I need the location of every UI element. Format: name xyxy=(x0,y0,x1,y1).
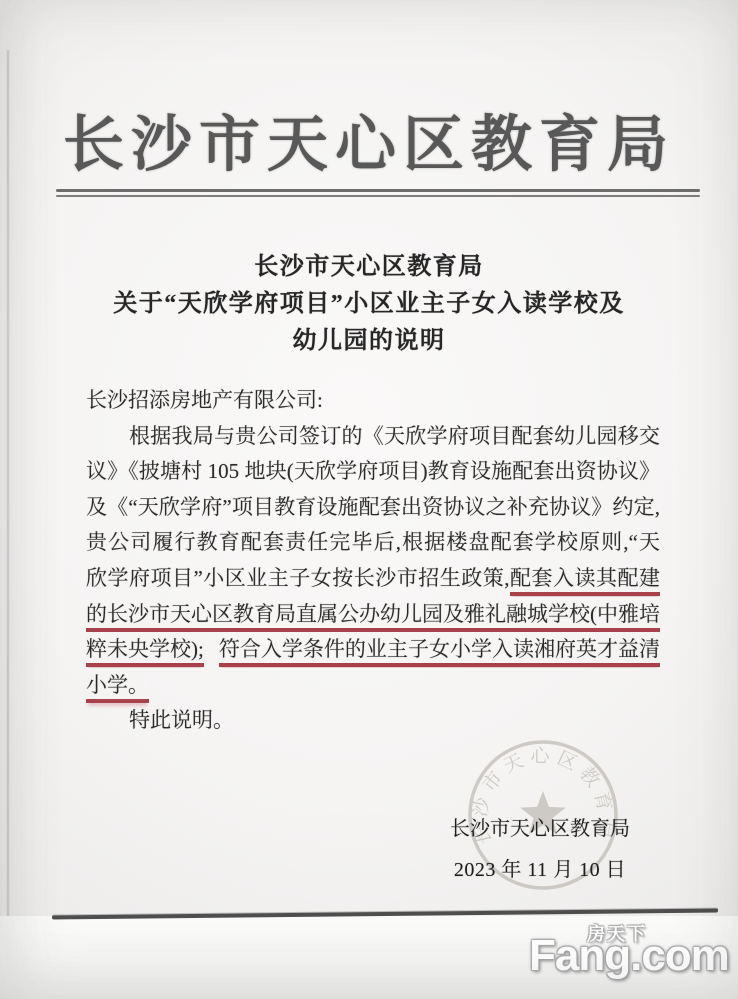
body-lines: 长沙招添房地产有限公司:根据我局与贵公司签订的《天欣学府项目配套幼儿园移交协议》… xyxy=(86,383,660,739)
body-line: 的长沙市天心区教育局直属公办幼儿园及雅礼融城学校(中雅培 xyxy=(86,597,660,633)
document-photo: 长沙市天心区教育局 长沙市天心区教育局 关于“天欣学府项目”小区业主子女入读学校… xyxy=(0,0,738,999)
underlined-text: 配套入读其配建 xyxy=(510,566,660,596)
letterhead-double-rule xyxy=(56,189,700,197)
underlined-text: 粹未央学校); xyxy=(86,637,204,667)
text-segment: 根据我局与贵公司签订的《天欣学府项目配套幼儿园移交协 xyxy=(129,424,660,455)
body-line: 欣学府项目”小区业主子女按长沙市招生政策,配套入读其配建 xyxy=(86,561,660,597)
signature-date: 2023 年 11 月 10 日 xyxy=(420,853,660,887)
body-line: 长沙招添房地产有限公司: xyxy=(86,383,660,419)
title-line-3: 幼儿园的说明 xyxy=(0,323,738,360)
underlined-text: 的长沙市天心区教育局直属公办幼儿园及雅礼融城学校(中雅培 xyxy=(86,602,660,632)
body-line: 特此说明。 xyxy=(86,703,660,739)
underlined-text: 小学。 xyxy=(86,673,149,703)
body-line: 贵公司履行教育配套责任完毕后,根据楼盘配套学校原则,“天 xyxy=(86,525,660,561)
text-segment: 长沙招添房地产有限公司: xyxy=(86,388,323,412)
underlined-text: 符合入学条件的业主子女小学入读湘府英才益清 xyxy=(219,637,660,667)
signature-block: 长沙市天心区教育局 2023 年 11 月 10 日 xyxy=(420,812,660,887)
text-segment: 特此说明。 xyxy=(129,708,234,732)
title-line-1: 长沙市天心区教育局 xyxy=(0,249,738,286)
body-line: 粹未央学校); 符合入学条件的业主子女小学入读湘府英才益清 xyxy=(86,632,660,668)
body-line: 议》《披塘村 105 地块(天欣学府项目)教育设施配套出资协议》 xyxy=(86,454,660,490)
body-line: 小学。 xyxy=(86,668,660,704)
fang-watermark-logo: 房天下 Fang.com xyxy=(529,923,735,997)
rule-bottom xyxy=(56,195,700,197)
body-line: 及《“天欣学府”项目教育设施配套出资协议之补充协议》约定, xyxy=(86,490,660,526)
document-title: 长沙市天心区教育局 关于“天欣学府项目”小区业主子女入读学校及 幼儿园的说明 xyxy=(0,249,738,360)
letterhead-agency-name: 长沙市天心区教育局 xyxy=(0,96,738,183)
watermark-logo-text: Fang.com xyxy=(529,931,729,981)
title-line-2: 关于“天欣学府项目”小区业主子女入读学校及 xyxy=(0,286,738,323)
rule-top xyxy=(56,189,700,192)
text-segment: 及《“天欣学府”项目教育设施配套出资协议之补充协议》约定, xyxy=(86,495,660,519)
body-line: 根据我局与贵公司签订的《天欣学府项目配套幼儿园移交协 xyxy=(86,419,660,455)
text-segment: 欣学府项目”小区业主子女按长沙市招生政策, xyxy=(86,566,510,590)
text-segment: 贵公司履行教育配套责任完毕后,根据楼盘配套学校原则,“天 xyxy=(86,530,660,554)
signature-agency: 长沙市天心区教育局 xyxy=(420,812,660,846)
text-segment: 议》《披塘村 105 地块(天欣学府项目)教育设施配套出资协议》 xyxy=(86,459,660,483)
